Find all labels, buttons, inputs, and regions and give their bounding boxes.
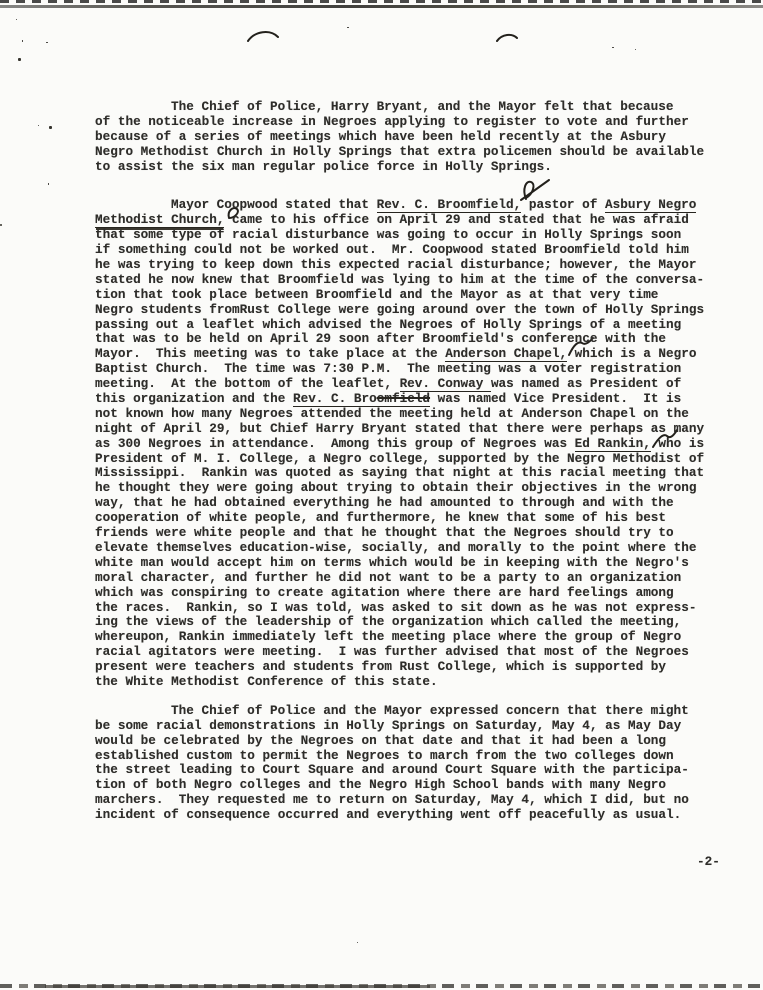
- text-line: tion that took place between Broomfield …: [95, 288, 735, 303]
- text-line: ing the views of the leadership of the o…: [95, 615, 735, 630]
- text-line: established custom to permit the Negroes…: [95, 749, 735, 764]
- scan-speck: [347, 27, 349, 28]
- paragraph-3: The Chief of Police and the Mayor expres…: [95, 704, 735, 823]
- text-line: of the noticeable increase in Negroes ap…: [95, 115, 735, 130]
- scan-speck: [18, 58, 21, 61]
- text-line: Mississippi. Rankin was quoted as saying…: [95, 466, 735, 481]
- text-line: racial agitators were meeting. I was fur…: [95, 645, 735, 660]
- scan-speck: [16, 19, 17, 20]
- text-line: as 300 Negroes in attendance. Among this…: [95, 437, 735, 452]
- scan-speck: [46, 42, 48, 43]
- text-line: Methodist Church, came to his office on …: [95, 213, 735, 228]
- text-line: tion of both Negro colleges and the Negr…: [95, 778, 735, 793]
- text-line: not known how many Negroes attended the …: [95, 407, 735, 422]
- text-line: Mayor Coopwood stated that Rev. C. Broom…: [95, 198, 735, 213]
- text-line: night of April 29, but Chief Harry Bryan…: [95, 422, 735, 437]
- text-line: the White Methodist Conference of this s…: [95, 675, 735, 690]
- scanned-document-page: The Chief of Police, Harry Bryant, and t…: [0, 0, 763, 990]
- text-line: stated he now knew that Broomfield was l…: [95, 273, 735, 288]
- text-line: passing out a leaflet which advised the …: [95, 318, 735, 333]
- text-line: The Chief of Police, Harry Bryant, and t…: [95, 100, 735, 115]
- scan-speck: [357, 942, 358, 943]
- paragraph-2: Mayor Coopwood stated that Rev. C. Broom…: [95, 198, 735, 689]
- paragraph-1: The Chief of Police, Harry Bryant, and t…: [95, 100, 735, 174]
- scan-speck: [49, 126, 52, 129]
- text-line: present were teachers and students from …: [95, 660, 735, 675]
- text-line: this organization and the Rev. C. Broomf…: [95, 392, 735, 407]
- text-line: friends were white people and that he th…: [95, 526, 735, 541]
- text-line: that was to be held on April 29 soon aft…: [95, 332, 735, 347]
- page-number: -2-: [697, 855, 720, 870]
- text-line: Baptist Church. The time was 7:30 P.M. T…: [95, 362, 735, 377]
- text-line: President of M. I. College, a Negro coll…: [95, 452, 735, 467]
- text-line: meeting. At the bottom of the leaflet, R…: [95, 377, 735, 392]
- document-body: The Chief of Police, Harry Bryant, and t…: [95, 100, 735, 823]
- scan-speck: [0, 224, 2, 226]
- scan-artifact-top-solid-line: [0, 5, 763, 8]
- text-line: the street leading to Court Square and a…: [95, 763, 735, 778]
- text-line: marchers. They requested me to return on…: [95, 793, 735, 808]
- text-line: which was conspiring to create agitation…: [95, 586, 735, 601]
- text-line: cooperation of white people, and further…: [95, 511, 735, 526]
- text-line: would be celebrated by the Negroes on th…: [95, 734, 735, 749]
- text-line: incident of consequence occurred and eve…: [95, 808, 735, 823]
- text-line: Negro students fromRust College were goi…: [95, 303, 735, 318]
- curved-pen-stroke-top-center-icon: [246, 28, 280, 43]
- curved-pen-stroke-top-right-icon: [496, 32, 518, 43]
- text-line: way, that he had obtained everything he …: [95, 496, 735, 511]
- text-line: moral character, and further he did not …: [95, 571, 735, 586]
- text-line: white man would accept him on terms whic…: [95, 556, 735, 571]
- text-line: the races. Rankin, so I was told, was as…: [95, 601, 735, 616]
- text-line: if something could not be worked out. Mr…: [95, 243, 735, 258]
- text-line: he thought they were going about trying …: [95, 481, 735, 496]
- scan-speck: [48, 183, 49, 185]
- text-line: whereupon, Rankin immediately left the m…: [95, 630, 735, 645]
- text-line: to assist the six man regular police for…: [95, 160, 735, 175]
- scan-speck: [38, 125, 39, 126]
- text-line: he was trying to keep down this expected…: [95, 258, 735, 273]
- text-line: Mayor. This meeting was to take place at…: [95, 347, 735, 362]
- text-line: elevate themselves education-wise, socia…: [95, 541, 735, 556]
- text-line: Negro Methodist Church in Holly Springs …: [95, 145, 735, 160]
- text-line: The Chief of Police and the Mayor expres…: [95, 704, 735, 719]
- text-line: because of a series of meetings which ha…: [95, 130, 735, 145]
- scan-speck: [635, 49, 636, 50]
- text-line: that some type of racial disturbance was…: [95, 228, 735, 243]
- scan-speck: [612, 47, 614, 48]
- scan-artifact-top-dashed-line: [0, 0, 763, 3]
- text-line: be some racial demonstrations in Holly S…: [95, 719, 735, 734]
- scan-speck: [22, 40, 23, 42]
- scan-artifact-bottom-dark-segment: [45, 985, 430, 988]
